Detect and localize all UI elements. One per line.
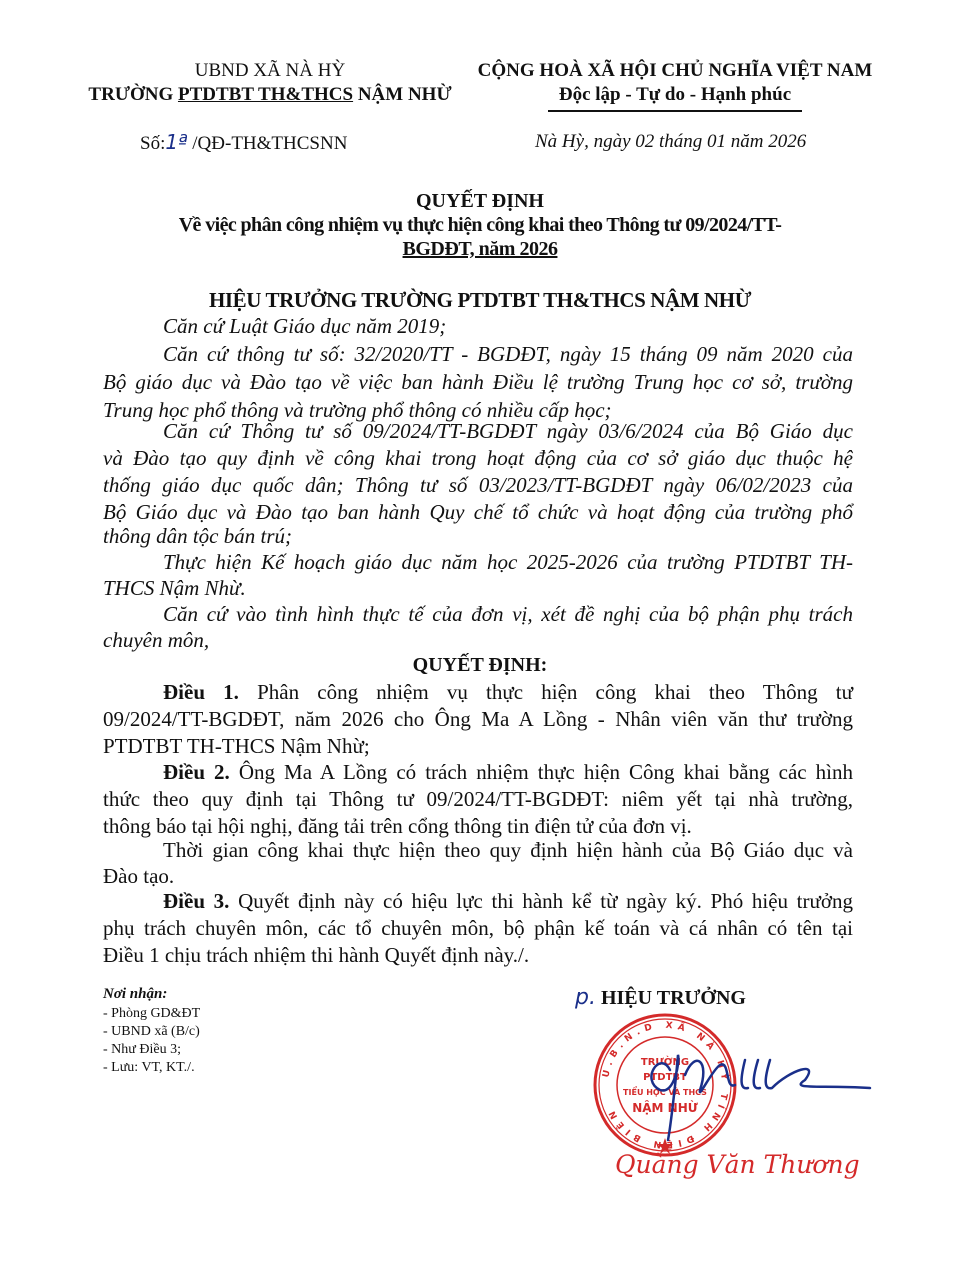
school-name: TRƯỜNG PTDTBT TH&THCS NẬM NHỪ <box>60 84 480 106</box>
article-1-line-2: 09/2024/TT-BGDĐT, năm 2026 cho Ông Ma A … <box>103 707 853 732</box>
article-1-label: Điều 1. <box>163 680 239 704</box>
article-3-line-1: Điều 3. Quyết định này có hiệu lực thi h… <box>163 889 853 914</box>
preamble-line: thống giáo dục quốc dân; Thông tư số 03/… <box>103 473 853 498</box>
article-3-text: Quyết định này có hiệu lực thi hành kể t… <box>229 889 853 913</box>
recipient-item: - Phòng GD&ĐT <box>103 1006 200 1022</box>
article-2-label: Điều 2. <box>163 760 230 784</box>
school-prefix: TRƯỜNG <box>88 84 178 105</box>
preamble-line: THCS Nậm Nhừ. <box>103 576 246 601</box>
article-3-label: Điều 3. <box>163 889 229 913</box>
preamble-line: Thực hiện Kế hoạch giáo dục năm học 2025… <box>163 550 853 575</box>
preamble-line: Bộ Giáo dục và Đào tạo ban hành Quy chế … <box>103 500 853 525</box>
number-label: Số: <box>140 133 165 154</box>
document-number: Số:1ª /QĐ-TH&THCSNN <box>140 130 347 155</box>
article-3-line-2: phụ trách chuyên môn, các tổ chuyên môn,… <box>103 916 853 941</box>
recipient-item: - UBND xã (B/c) <box>103 1024 200 1040</box>
article-1-line-1: Điều 1. Phân công nhiệm vụ thực hiện côn… <box>163 680 853 705</box>
preamble-line: và Đào tạo quy định về công khai trong h… <box>103 446 853 471</box>
article-1-line-3: PTDTBT TH-THCS Nậm Nhừ; <box>103 734 370 759</box>
recipient-item: - Lưu: VT, KT./. <box>103 1060 195 1076</box>
preamble-line: Căn cứ vào tình hình thực tế của đơn vị,… <box>163 602 853 627</box>
preamble-line: chuyên môn, <box>103 628 209 653</box>
national-motto: Độc lập - Tự do - Hạnh phúc <box>470 84 880 106</box>
number-suffix: /QĐ-TH&THCSNN <box>188 133 348 154</box>
place-date: Nà Hỳ, ngày 02 tháng 01 năm 2026 <box>535 131 806 153</box>
signer-name: Quàng Văn Thương <box>615 1150 860 1179</box>
article-2-text: Ông Ma A Lồng có trách nhiệm thực hiện C… <box>230 760 853 784</box>
agency-name: UBND XÃ NÀ HỲ <box>60 60 480 82</box>
school-underlined: PTDTBT TH&THCS <box>178 84 353 105</box>
subject-line-2-text: BGDĐT, năm 2026 <box>403 238 558 260</box>
subject-line-2: BGDĐT, năm 2026 <box>90 238 870 261</box>
decision-heading: QUYẾT ĐỊNH: <box>90 654 870 677</box>
timing-line-2: Đào tạo. <box>103 864 174 889</box>
preamble-line: Căn cứ thông tư số: 32/2020/TT - BGDĐT, … <box>163 342 853 367</box>
school-suffix: NẬM NHỪ <box>353 84 452 105</box>
preamble-line: thông dân tộc bán trú; <box>103 524 292 549</box>
principal-title: HIỆU TRƯỞNG <box>601 987 746 1009</box>
motto-underline <box>548 110 802 112</box>
handwritten-number: 1ª <box>165 130 187 154</box>
article-3-line-3: Điều 1 chịu trách nhiệm thi hành Quyết đ… <box>103 943 529 968</box>
document-title: QUYẾT ĐỊNH <box>90 190 870 213</box>
article-2-line-1: Điều 2. Ông Ma A Lồng có trách nhiệm thự… <box>163 760 853 785</box>
preamble-line: Căn cứ Luật Giáo dục năm 2019; <box>163 314 446 339</box>
subject-line-1: Về việc phân công nhiệm vụ thực hiện côn… <box>90 214 870 237</box>
handwritten-signature-icon <box>640 1030 880 1150</box>
issuing-authority: HIỆU TRƯỞNG TRƯỜNG PTDTBT TH&THCS NẬM NH… <box>90 288 870 313</box>
preamble-line: Bộ giáo dục và Đào tạo về việc ban hành … <box>103 370 853 395</box>
preamble-line: Căn cứ Thông tư số 09/2024/TT-BGDĐT ngày… <box>163 419 853 444</box>
timing-line-1: Thời gian công khai thực hiện theo quy đ… <box>163 838 853 863</box>
article-1-text: Phân công nhiệm vụ thực hiện công khai t… <box>239 680 853 704</box>
handwritten-prefix: p. <box>575 985 596 1010</box>
nation-title: CỘNG HOÀ XÃ HỘI CHỦ NGHĨA VIỆT NAM <box>470 60 880 82</box>
signature-title: p. HIỆU TRƯỞNG <box>575 985 746 1010</box>
recipient-item: - Như Điều 3; <box>103 1042 181 1058</box>
recipients-label: Nơi nhận: <box>103 986 167 1003</box>
article-2-line-2: thức theo quy định tại Thông tư 09/2024/… <box>103 787 853 812</box>
article-2-line-3: thông báo tại hội nghị, đăng tải trên cổ… <box>103 814 692 839</box>
